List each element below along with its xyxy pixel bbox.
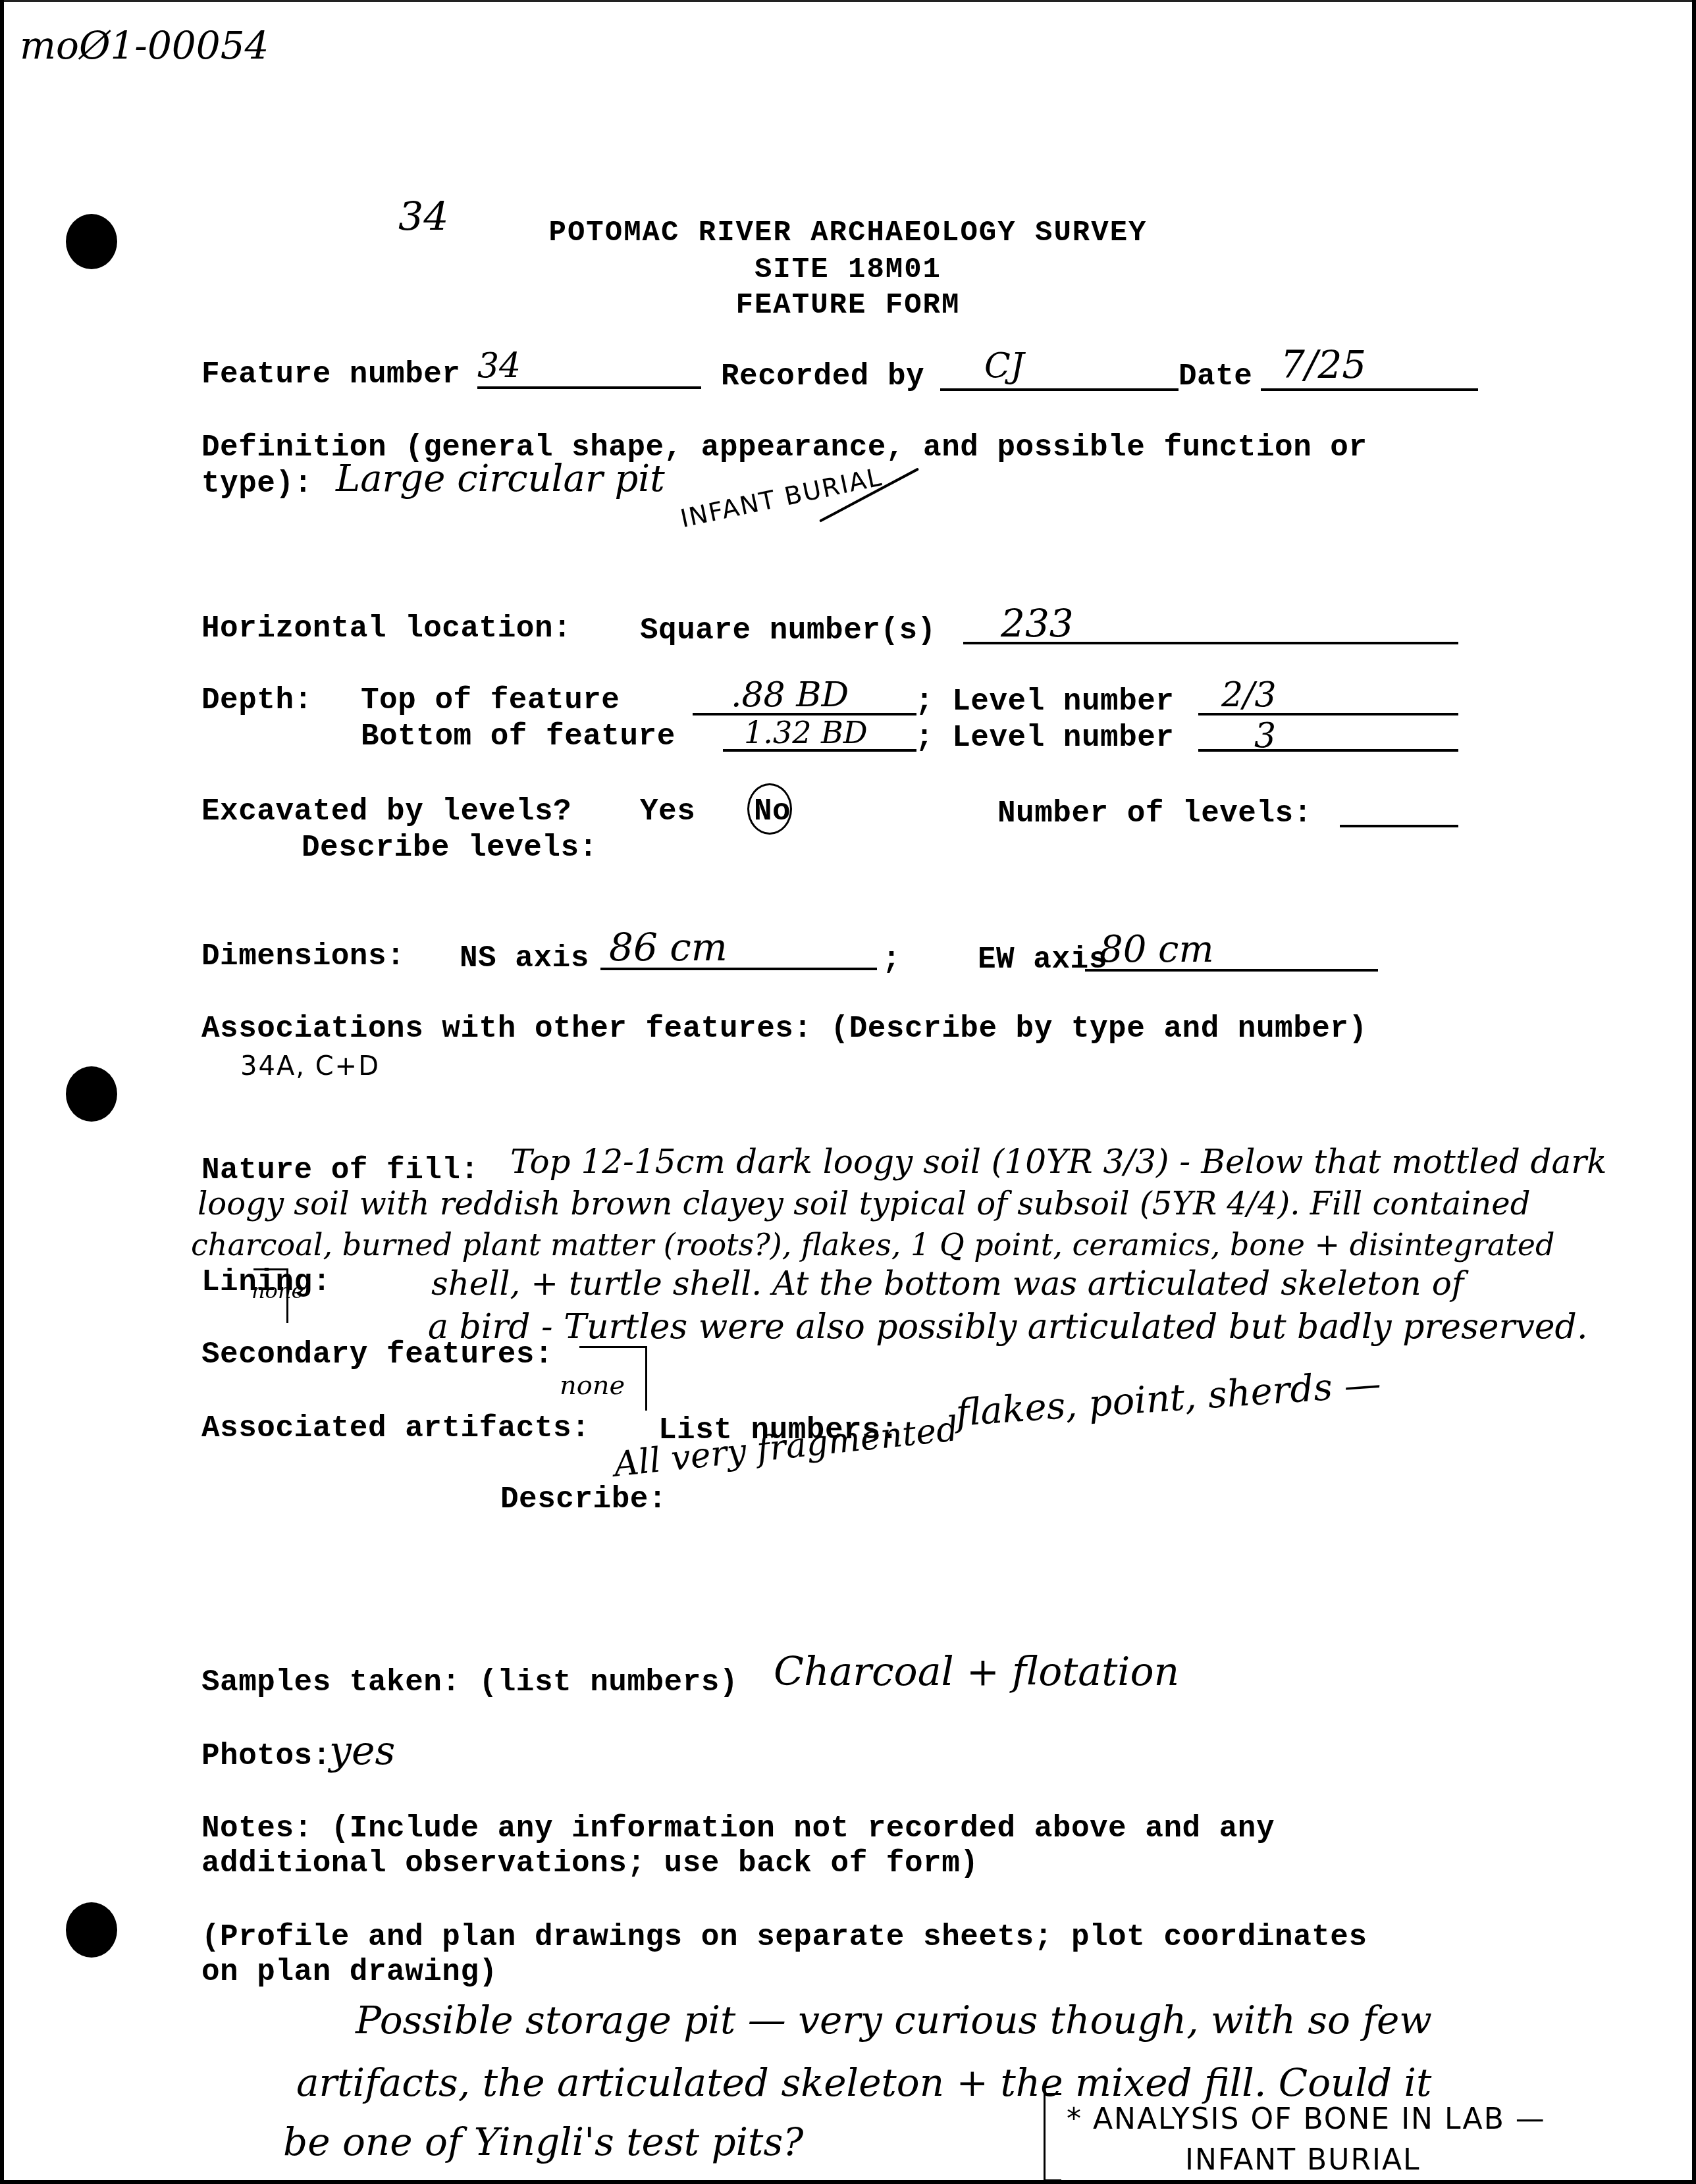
bottom-level-number-label: ; Level number — [915, 723, 1174, 753]
describe-levels-label: Describe levels: — [302, 833, 598, 863]
describe-artifacts-label: Describe: — [500, 1484, 667, 1515]
bottom-level-number-field[interactable] — [1198, 749, 1458, 752]
square-number-label: Square number(s) — [640, 615, 936, 646]
depth-label: Depth: — [201, 685, 313, 715]
page-edge-right — [1692, 0, 1696, 2184]
recorded-by-field[interactable] — [940, 388, 1179, 391]
date-value: 7/25 — [1281, 346, 1366, 384]
secondary-features-value: none — [560, 1372, 625, 1399]
recorded-by-value: CJ — [984, 349, 1024, 383]
fill-line-4: shell, + turtle shell. At the bottom was… — [431, 1267, 1464, 1300]
recorded-by-label: Recorded by — [721, 361, 924, 392]
page-edge-top — [0, 0, 1696, 2]
binder-hole-middle — [66, 1066, 117, 1122]
form-title-form: FEATURE FORM — [0, 291, 1696, 320]
samples-taken-value: Charcoal + flotation — [774, 1652, 1179, 1692]
number-of-levels-field[interactable] — [1340, 825, 1458, 827]
date-label: Date — [1179, 361, 1252, 392]
number-of-levels-label: Number of levels: — [997, 798, 1312, 829]
notes-line-1: Possible storage pit — very curious thou… — [356, 2001, 1432, 2039]
feature-number-value: 34 — [477, 349, 521, 383]
bottom-of-feature-value: 1.32 BD — [744, 717, 868, 748]
associations-label: Associations with other features: (Descr… — [201, 1014, 1367, 1044]
notes-label-cont: additional observations; use back of for… — [201, 1848, 978, 1879]
page-edge-bottom — [0, 2180, 1696, 2184]
selected-circle-no — [747, 783, 792, 835]
associated-artifacts-label: Associated artifacts: — [201, 1413, 590, 1443]
notes-label: Notes: (Include any information not reco… — [201, 1813, 1275, 1844]
list-numbers-value: flakes, point, sherds — — [955, 1366, 1382, 1432]
form-title-survey: POTOMAC RIVER ARCHAEOLOGY SURVEY — [0, 219, 1696, 247]
drawings-instruction-cont: on plan drawing) — [201, 1957, 498, 1987]
associations-value: 34A, C+D — [240, 1053, 380, 1079]
drawings-instruction: (Profile and plan drawings on separate s… — [201, 1922, 1367, 1952]
fill-line-3: charcoal, burned plant matter (roots?), … — [191, 1230, 1554, 1260]
horizontal-location-label: Horizontal location: — [201, 613, 571, 644]
date-field[interactable] — [1261, 388, 1478, 391]
form-title-site: SITE 18M01 — [0, 255, 1696, 284]
feature-number-field[interactable] — [477, 386, 701, 389]
ew-axis-value: 80 cm — [1100, 931, 1214, 968]
ns-axis-label: NS axis — [460, 943, 589, 974]
ns-axis-value: 86 cm — [609, 928, 728, 966]
fill-line-1: Top 12-15cm dark loogy soil (10YR 3/3) -… — [510, 1145, 1607, 1178]
photos-value: yes — [329, 1731, 395, 1771]
fill-line-2: loogy soil with reddish brown clayey soi… — [198, 1188, 1530, 1220]
fill-line-5: a bird - Turtles were also possibly arti… — [428, 1310, 1587, 1344]
top-of-feature-label: Top of feature — [361, 685, 620, 715]
page-edge-left — [0, 0, 4, 2184]
notes-line-3: be one of Yingli's test pits? — [283, 2123, 803, 2161]
lining-value: none — [252, 1280, 304, 1301]
top-level-number-label: ; Level number — [915, 687, 1174, 717]
document-id: moØ1-00054 — [20, 26, 269, 65]
binder-hole-bottom — [66, 1902, 117, 1958]
dimensions-label: Dimensions: — [201, 941, 405, 972]
option-yes[interactable]: Yes — [640, 796, 695, 827]
nature-of-fill-label: Nature of fill: — [201, 1155, 479, 1185]
definition-value: Large circular pit — [336, 461, 665, 498]
top-level-number-value: 2/3 — [1221, 678, 1277, 712]
dimensions-separator: ; — [882, 945, 901, 975]
top-of-feature-value: .88 BD — [731, 678, 849, 712]
square-number-value: 233 — [1001, 604, 1074, 642]
definition-label-type: type): — [201, 469, 313, 499]
notes-annotation-line-1: * ANALYSIS OF BONE IN LAB — — [1067, 2105, 1546, 2134]
excavated-by-levels-label: Excavated by levels? — [201, 796, 571, 827]
samples-taken-label: Samples taken: (list numbers) — [201, 1667, 738, 1698]
bottom-level-number-value: 3 — [1254, 719, 1276, 753]
notes-line-2: artifacts, the articulated skeleton + th… — [296, 2064, 1431, 2102]
notes-annotation-bracket — [1044, 2093, 1061, 2181]
notes-annotation-line-2: INFANT BURIAL — [1185, 2146, 1421, 2175]
secondary-features-label: Secondary features: — [201, 1339, 553, 1370]
bottom-of-feature-label: Bottom of feature — [361, 721, 676, 752]
photos-label: Photos: — [201, 1741, 331, 1771]
definition-annotation: INFANT BURIAL — [678, 464, 884, 531]
feature-number-label: Feature number — [201, 359, 460, 390]
